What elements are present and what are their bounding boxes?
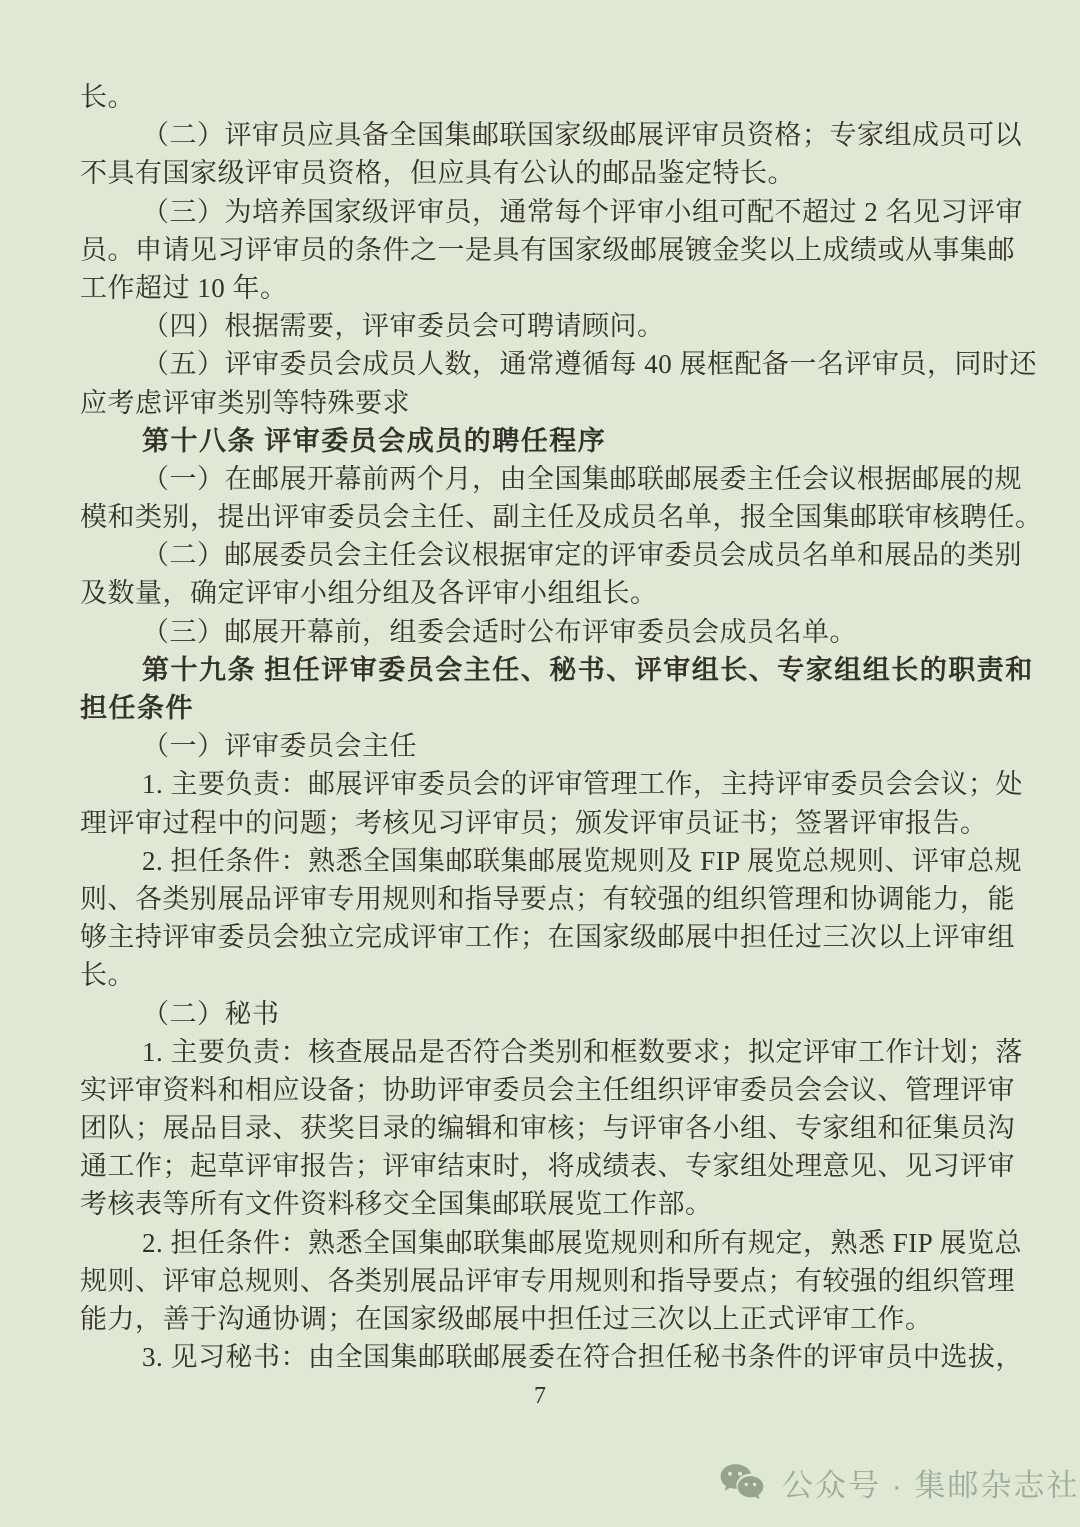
- text-line: （二）邮展委员会主任会议根据审定的评审委员会成员名单和展品的类别: [80, 536, 1010, 574]
- text-line: 担任条件: [80, 689, 1010, 727]
- text-line: （四）根据需要，评审委员会可聘请顾问。: [80, 307, 1010, 345]
- text-line: （二）秘书: [80, 995, 1010, 1033]
- watermark: 公众号 · 集邮杂志社: [720, 1460, 1080, 1505]
- text-line: 实评审资料和相应设备；协助评审委员会主任组织评审委员会会议、管理评审: [80, 1071, 1010, 1109]
- page-number: 7: [0, 1383, 1080, 1410]
- text-line: 团队；展品目录、获奖目录的编辑和审核；与评审各小组、专家组和征集员沟: [80, 1109, 1010, 1147]
- text-line: 理评审过程中的问题；考核见习评审员；颁发评审员证书；签署评审报告。: [80, 804, 1010, 842]
- text-line: 及数量，确定评审小组分组及各评审小组组长。: [80, 574, 1010, 612]
- watermark-label: 公众号 · 集邮杂志社: [782, 1460, 1080, 1505]
- text-line: 第十八条 评审委员会成员的聘任程序: [80, 422, 1010, 460]
- text-line: 2. 担任条件：熟悉全国集邮联集邮展览规则和所有规定，熟悉 FIP 展览总: [80, 1224, 1010, 1262]
- text-line: 考核表等所有文件资料移交全国集邮联展览工作部。: [80, 1185, 1010, 1223]
- text-line: 1. 主要负责：邮展评审委员会的评审管理工作，主持评审委员会会议；处: [80, 765, 1010, 803]
- wechat-icon: [720, 1463, 770, 1503]
- text-line: （一）评审委员会主任: [80, 727, 1010, 765]
- text-line: 够主持评审委员会独立完成评审工作；在国家级邮展中担任过三次以上评审组: [80, 918, 1010, 956]
- text-line: 员。申请见习评审员的条件之一是具有国家级邮展镀金奖以上成绩或从事集邮: [80, 231, 1010, 269]
- text-line: 则、各类别展品评审专用规则和指导要点；有较强的组织管理和协调能力，能: [80, 880, 1010, 918]
- text-line: 3. 见习秘书：由全国集邮联邮展委在符合担任秘书条件的评审员中选拔，: [80, 1338, 1010, 1376]
- text-line: 长。: [80, 78, 1010, 116]
- document-body: 长。（二）评审员应具备全国集邮联国家级邮展评审员资格；专家组成员可以不具有国家级…: [80, 78, 1010, 1376]
- text-line: 工作超过 10 年。: [80, 269, 1010, 307]
- text-line: 应考虑评审类别等特殊要求: [80, 384, 1010, 422]
- text-line: （一）在邮展开幕前两个月，由全国集邮联邮展委主任会议根据邮展的规: [80, 460, 1010, 498]
- text-line: 能力，善于沟通协调；在国家级邮展中担任过三次以上正式评审工作。: [80, 1300, 1010, 1338]
- text-line: （三）邮展开幕前，组委会适时公布评审委员会成员名单。: [80, 613, 1010, 651]
- text-line: 1. 主要负责：核查展品是否符合类别和框数要求；拟定评审工作计划；落: [80, 1033, 1010, 1071]
- document-page: 长。（二）评审员应具备全国集邮联国家级邮展评审员资格；专家组成员可以不具有国家级…: [0, 0, 1080, 1527]
- text-line: （五）评审委员会成员人数，通常遵循每 40 展框配备一名评审员，同时还: [80, 345, 1010, 383]
- text-line: 第十九条 担任评审委员会主任、秘书、评审组长、专家组组长的职责和: [80, 651, 1010, 689]
- text-line: 规则、评审总规则、各类别展品评审专用规则和指导要点；有较强的组织管理: [80, 1262, 1010, 1300]
- text-line: 不具有国家级评审员资格，但应具有公认的邮品鉴定特长。: [80, 154, 1010, 192]
- text-line: （三）为培养国家级评审员，通常每个评审小组可配不超过 2 名见习评审: [80, 193, 1010, 231]
- text-line: 长。: [80, 956, 1010, 994]
- text-line: 2. 担任条件：熟悉全国集邮联集邮展览规则及 FIP 展览总规则、评审总规: [80, 842, 1010, 880]
- text-line: （二）评审员应具备全国集邮联国家级邮展评审员资格；专家组成员可以: [80, 116, 1010, 154]
- text-line: 通工作；起草评审报告；评审结束时，将成绩表、专家组处理意见、见习评审: [80, 1147, 1010, 1185]
- text-line: 模和类别，提出评审委员会主任、副主任及成员名单，报全国集邮联审核聘任。: [80, 498, 1010, 536]
